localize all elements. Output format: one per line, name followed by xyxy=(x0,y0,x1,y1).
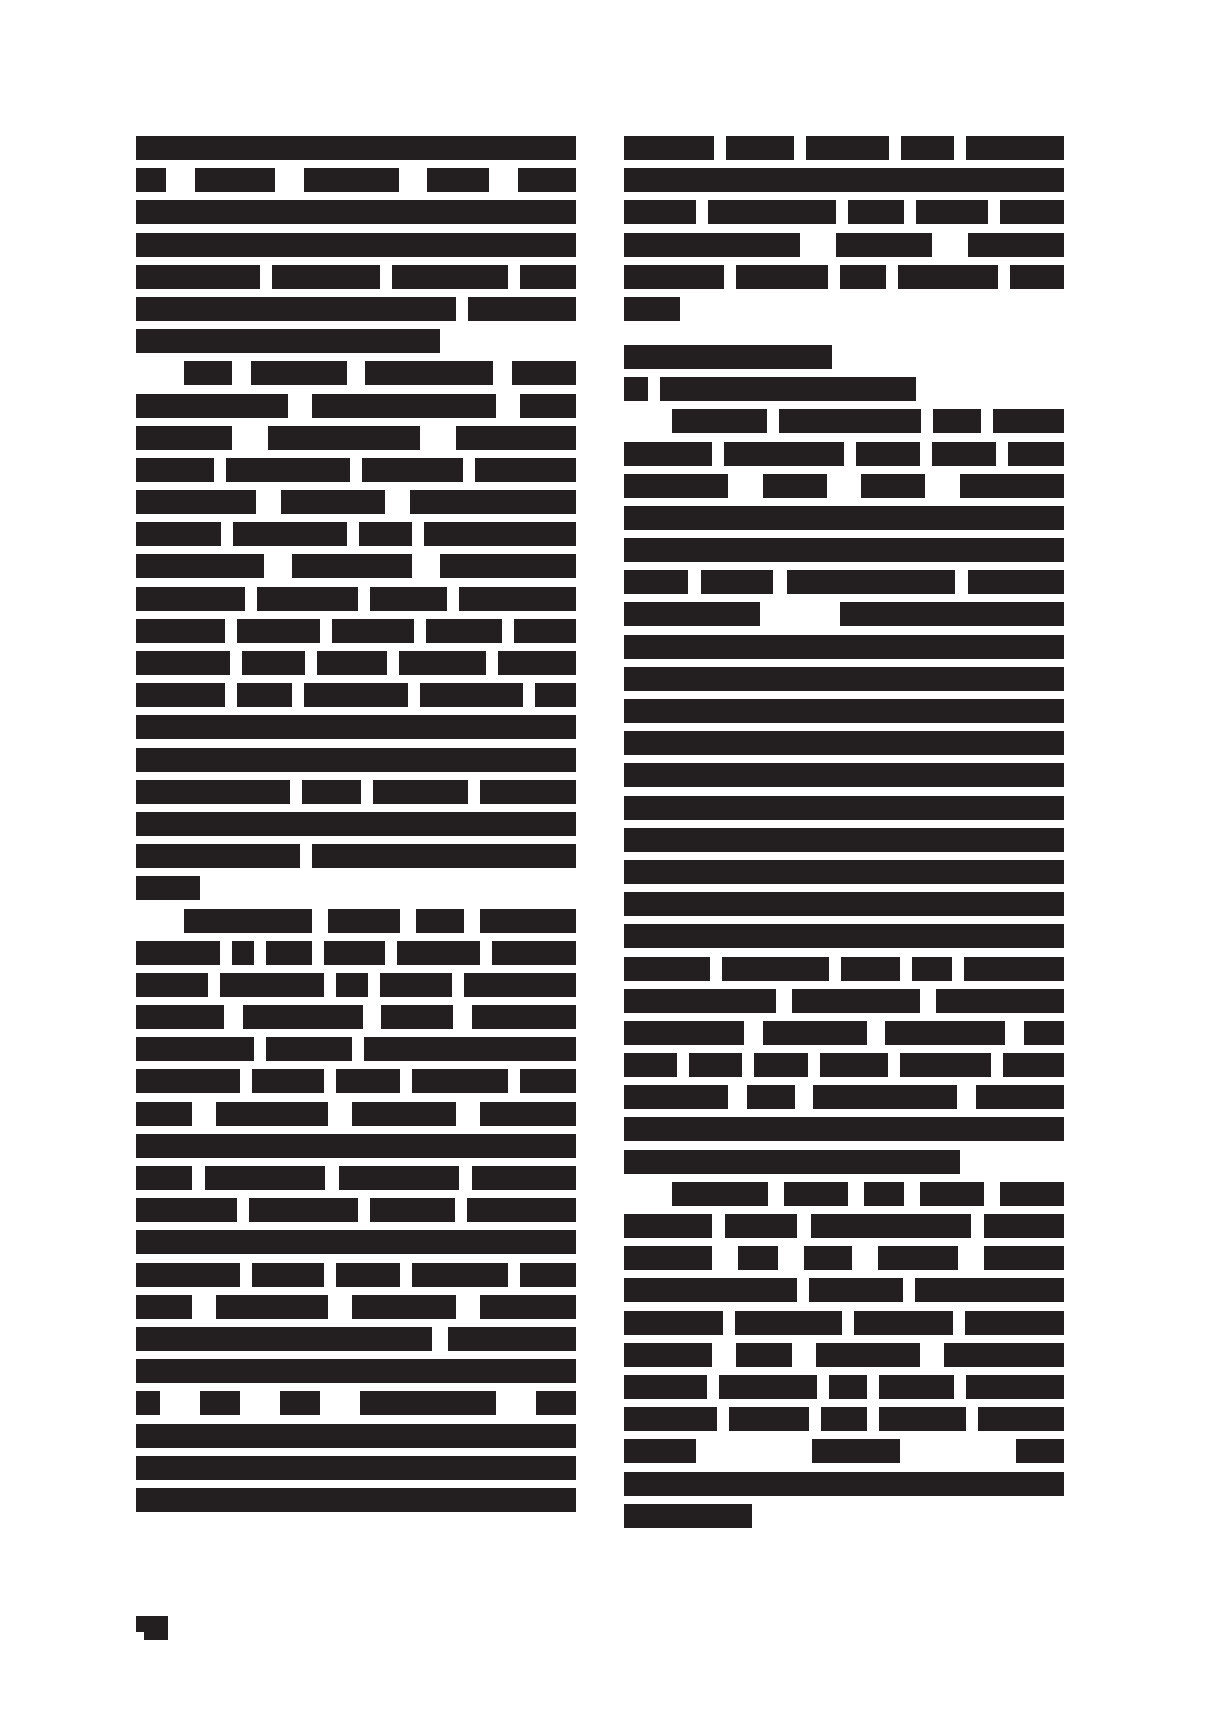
redacted-word xyxy=(520,265,576,289)
redacted-word xyxy=(184,909,312,933)
redacted-word xyxy=(836,233,932,257)
text-line xyxy=(136,522,576,546)
redacted-word xyxy=(136,651,230,675)
redacted-word xyxy=(792,989,920,1013)
text-line xyxy=(624,924,1064,948)
text-line xyxy=(136,1166,576,1190)
page-number xyxy=(136,1616,168,1640)
text-line xyxy=(624,168,1064,192)
redacted-word xyxy=(624,474,728,498)
redacted-word xyxy=(324,941,385,965)
text-line xyxy=(136,844,576,868)
text-line xyxy=(136,587,576,611)
redacted-word xyxy=(427,168,489,192)
redacted-word xyxy=(624,1278,797,1302)
redacted-word xyxy=(136,1327,432,1351)
redacted-word xyxy=(312,394,496,418)
redacted-word xyxy=(136,683,225,707)
redacted-word xyxy=(412,1069,508,1093)
redacted-word xyxy=(624,763,1064,787)
redacted-word xyxy=(624,699,1064,723)
redacted-word xyxy=(912,957,952,981)
redacted-word xyxy=(512,361,576,385)
redacted-word xyxy=(136,522,221,546)
redacted-word xyxy=(735,1311,842,1335)
redacted-word xyxy=(424,522,576,546)
redacted-word xyxy=(237,619,320,643)
redacted-word xyxy=(136,168,166,192)
text-line xyxy=(136,683,576,707)
redacted-word xyxy=(624,377,648,401)
text-line xyxy=(136,1359,576,1383)
redacted-word xyxy=(965,1311,1064,1335)
redacted-word xyxy=(976,1085,1064,1109)
redacted-word xyxy=(280,1391,320,1415)
redacted-word xyxy=(136,780,290,804)
text-line xyxy=(624,1504,1064,1528)
redacted-word xyxy=(136,1005,224,1029)
text-line xyxy=(136,1456,576,1480)
redacted-word xyxy=(136,1263,240,1287)
redacted-word xyxy=(136,1230,576,1254)
redacted-word xyxy=(984,1214,1064,1238)
redacted-word xyxy=(719,1375,817,1399)
text-line xyxy=(136,876,576,900)
redacted-word xyxy=(624,1150,960,1174)
redacted-word xyxy=(898,265,998,289)
redacted-word xyxy=(624,506,1064,530)
redacted-word xyxy=(736,1343,792,1367)
redacted-word xyxy=(136,297,456,321)
redacted-word xyxy=(336,973,368,997)
text-line xyxy=(136,812,576,836)
redacted-word xyxy=(480,909,576,933)
redacted-word xyxy=(624,602,760,626)
text-line xyxy=(136,1005,576,1029)
redacted-word xyxy=(317,651,388,675)
text-line xyxy=(136,1327,576,1351)
text-line xyxy=(136,1230,576,1254)
redacted-word xyxy=(136,458,214,482)
redacted-word xyxy=(624,796,1064,820)
redacted-word xyxy=(624,136,714,160)
redacted-word xyxy=(878,1246,958,1270)
redacted-word xyxy=(624,828,1064,852)
text-line xyxy=(624,1117,1064,1141)
redacted-word xyxy=(362,458,463,482)
text-line xyxy=(624,860,1064,884)
redacted-word xyxy=(136,1488,576,1512)
text-line xyxy=(624,796,1064,820)
redacted-word xyxy=(840,602,1064,626)
text-line xyxy=(136,490,576,514)
text-line xyxy=(624,1150,1064,1174)
redacted-word xyxy=(900,1053,991,1077)
text-line xyxy=(624,1375,1064,1399)
redacted-word xyxy=(136,490,256,514)
text-line xyxy=(136,426,576,450)
redacted-word xyxy=(854,1311,953,1335)
text-line xyxy=(624,1472,1064,1496)
redacted-word xyxy=(916,200,988,224)
redacted-word xyxy=(1000,1182,1064,1206)
redacted-word xyxy=(380,973,452,997)
redacted-word xyxy=(624,1407,717,1431)
redacted-word xyxy=(251,361,347,385)
redacted-word xyxy=(624,731,1064,755)
text-line xyxy=(136,1391,576,1415)
redacted-word xyxy=(624,635,1064,659)
redacted-word xyxy=(520,1263,576,1287)
redacted-word xyxy=(136,1391,160,1415)
redacted-word xyxy=(412,1263,508,1287)
redacted-word xyxy=(136,233,576,257)
redacted-word xyxy=(960,474,1064,498)
redacted-word xyxy=(292,554,412,578)
redacted-word xyxy=(252,1069,324,1093)
redacted-word xyxy=(933,409,980,433)
redacted-word xyxy=(266,1037,352,1061)
redacted-word xyxy=(518,168,576,192)
redacted-word xyxy=(472,1166,576,1190)
redacted-word xyxy=(978,1407,1064,1431)
redacted-word xyxy=(624,345,832,369)
redacted-word xyxy=(136,941,220,965)
text-line xyxy=(136,1295,576,1319)
text-line xyxy=(136,200,576,224)
text-line xyxy=(136,973,576,997)
redacted-word xyxy=(136,748,576,772)
redacted-word xyxy=(136,1295,192,1319)
redacted-word xyxy=(536,1391,576,1415)
redacted-word xyxy=(624,667,1064,691)
redacted-word xyxy=(624,297,680,321)
redacted-word xyxy=(136,394,288,418)
text-line xyxy=(136,1198,576,1222)
redacted-word xyxy=(672,1182,768,1206)
text-line xyxy=(136,619,576,643)
redacted-word xyxy=(370,1198,455,1222)
redacted-word xyxy=(932,442,996,466)
redacted-word xyxy=(848,200,904,224)
text-line xyxy=(624,1246,1064,1270)
text-line xyxy=(136,909,576,933)
redacted-word xyxy=(257,587,358,611)
text-line xyxy=(136,233,576,257)
redacted-word xyxy=(993,409,1064,433)
redacted-word xyxy=(879,1407,965,1431)
redacted-word xyxy=(216,1102,328,1126)
text-line xyxy=(624,989,1064,1013)
redacted-word xyxy=(624,168,1064,192)
text-line xyxy=(624,538,1064,562)
text-line xyxy=(136,1134,576,1158)
redacted-word xyxy=(738,1246,778,1270)
redacted-word xyxy=(336,1069,400,1093)
redacted-word xyxy=(268,426,420,450)
text-line xyxy=(624,1214,1064,1238)
redacted-word xyxy=(821,1407,868,1431)
redacted-word xyxy=(724,442,844,466)
text-line xyxy=(624,828,1064,852)
redacted-word xyxy=(624,233,800,257)
redacted-word xyxy=(861,474,925,498)
redacted-word xyxy=(1008,442,1064,466)
text-line xyxy=(624,1085,1064,1109)
redacted-word xyxy=(811,1214,971,1238)
redacted-word xyxy=(624,1021,744,1045)
redacted-word xyxy=(136,426,232,450)
text-line xyxy=(624,667,1064,691)
redacted-word xyxy=(1016,1439,1064,1463)
redacted-word xyxy=(763,474,827,498)
redacted-word xyxy=(136,1359,576,1383)
redacted-word xyxy=(370,587,448,611)
redacted-word xyxy=(498,651,576,675)
redacted-word xyxy=(624,1472,1064,1496)
redacted-word xyxy=(364,1037,576,1061)
redacted-word xyxy=(136,265,260,289)
redacted-word xyxy=(624,570,688,594)
redacted-word xyxy=(397,941,481,965)
redacted-word xyxy=(763,1021,867,1045)
redacted-word xyxy=(624,957,710,981)
redacted-word xyxy=(332,619,415,643)
redacted-word xyxy=(232,941,255,965)
redacted-word xyxy=(281,490,385,514)
redacted-word xyxy=(624,1214,712,1238)
redacted-word xyxy=(879,1375,954,1399)
redacted-word xyxy=(381,1005,453,1029)
redacted-word xyxy=(984,1246,1064,1270)
text-line xyxy=(624,570,1064,594)
section-heading-line xyxy=(624,345,1064,369)
redacted-word xyxy=(535,683,576,707)
redacted-word xyxy=(624,200,696,224)
text-line xyxy=(624,1021,1064,1045)
redacted-word xyxy=(459,587,576,611)
text-line xyxy=(136,1102,576,1126)
redacted-word xyxy=(136,1456,576,1480)
text-line xyxy=(624,297,1064,321)
redacted-word xyxy=(660,377,916,401)
redacted-word xyxy=(392,265,508,289)
redacted-word xyxy=(1010,265,1064,289)
redacted-word xyxy=(136,1102,192,1126)
redacted-word xyxy=(200,1391,240,1415)
text-line xyxy=(136,554,576,578)
text-line xyxy=(624,200,1064,224)
text-line xyxy=(624,1311,1064,1335)
redacted-word xyxy=(624,860,1064,884)
redacted-word xyxy=(813,1085,957,1109)
redacted-word xyxy=(966,1375,1064,1399)
redacted-word xyxy=(784,1182,848,1206)
redacted-word xyxy=(779,409,921,433)
redacted-word xyxy=(399,651,485,675)
redacted-word xyxy=(624,1117,1064,1141)
text-line xyxy=(136,651,576,675)
redacted-word xyxy=(966,136,1064,160)
text-line xyxy=(624,265,1064,289)
redacted-word xyxy=(136,1166,192,1190)
text-line xyxy=(624,474,1064,498)
text-line xyxy=(136,168,576,192)
text-line xyxy=(624,602,1064,626)
redacted-word xyxy=(252,1263,324,1287)
redacted-word xyxy=(136,1037,254,1061)
redacted-word xyxy=(467,1198,576,1222)
redacted-word xyxy=(426,619,502,643)
redacted-word xyxy=(242,651,305,675)
redacted-word xyxy=(624,1085,728,1109)
redacted-word xyxy=(456,426,576,450)
redacted-word xyxy=(1024,1021,1064,1045)
redacted-word xyxy=(672,409,767,433)
redacted-word xyxy=(936,989,1064,1013)
redacted-word xyxy=(840,265,886,289)
redacted-word xyxy=(885,1021,1005,1045)
redacted-word xyxy=(448,1327,576,1351)
text-line xyxy=(136,715,576,739)
redacted-word xyxy=(708,200,836,224)
redacted-word xyxy=(136,1134,576,1158)
redacted-word xyxy=(136,136,576,160)
redacted-word xyxy=(339,1166,459,1190)
redacted-word xyxy=(820,1053,888,1077)
text-line xyxy=(136,361,576,385)
redacted-word xyxy=(968,570,1064,594)
text-line xyxy=(624,1278,1064,1302)
text-line xyxy=(624,1439,1064,1463)
redacted-word xyxy=(226,458,350,482)
redacted-word xyxy=(812,1439,900,1463)
redacted-word xyxy=(249,1198,358,1222)
redacted-word xyxy=(520,1069,576,1093)
redacted-word xyxy=(624,265,724,289)
redacted-word xyxy=(725,1214,797,1238)
text-line xyxy=(624,1343,1064,1367)
redacted-word xyxy=(237,683,292,707)
redacted-word xyxy=(480,1295,576,1319)
text-line xyxy=(624,699,1064,723)
redacted-word xyxy=(856,442,920,466)
text-line xyxy=(136,1037,576,1061)
redacted-word xyxy=(787,570,955,594)
redacted-word xyxy=(136,1198,237,1222)
redacted-word xyxy=(373,780,468,804)
redacted-word xyxy=(304,683,407,707)
redacted-word xyxy=(1000,200,1064,224)
redacted-word xyxy=(480,1102,576,1126)
redacted-word xyxy=(468,297,576,321)
redacted-word xyxy=(816,1343,920,1367)
redacted-word xyxy=(136,1069,240,1093)
text-line xyxy=(624,731,1064,755)
redacted-word xyxy=(920,1182,984,1206)
redacted-word xyxy=(624,1375,707,1399)
redacted-word xyxy=(136,715,576,739)
redacted-word xyxy=(352,1102,456,1126)
redacted-word xyxy=(136,1424,576,1448)
text-line xyxy=(136,394,576,418)
redacted-word xyxy=(624,1504,752,1528)
text-line xyxy=(136,748,576,772)
redacted-word xyxy=(136,329,440,353)
redacted-word xyxy=(624,538,1064,562)
redacted-word xyxy=(195,168,275,192)
redacted-word xyxy=(328,909,400,933)
text-line xyxy=(624,233,1064,257)
redacted-word xyxy=(520,394,576,418)
redacted-word xyxy=(806,136,889,160)
redacted-word xyxy=(701,570,773,594)
text-line xyxy=(624,442,1064,466)
redacted-word xyxy=(624,892,1064,916)
text-line xyxy=(136,136,576,160)
right-column xyxy=(624,136,1064,1536)
text-line xyxy=(624,763,1064,787)
redacted-word xyxy=(475,458,576,482)
redacted-word xyxy=(365,361,493,385)
redacted-word xyxy=(205,1166,325,1190)
redacted-word xyxy=(220,973,324,997)
redacted-word xyxy=(964,957,1064,981)
redacted-word xyxy=(410,490,576,514)
redacted-word xyxy=(136,844,300,868)
redacted-word xyxy=(272,265,380,289)
redacted-word xyxy=(829,1375,867,1399)
redacted-word xyxy=(722,957,828,981)
redacted-word xyxy=(736,265,828,289)
redacted-word xyxy=(624,442,712,466)
redacted-word xyxy=(136,554,264,578)
document-page xyxy=(0,0,1212,1713)
text-line xyxy=(136,329,576,353)
redacted-word xyxy=(968,233,1064,257)
redacted-word xyxy=(624,1311,723,1335)
redacted-word xyxy=(352,1295,456,1319)
redacted-word xyxy=(514,619,576,643)
redacted-word xyxy=(312,844,576,868)
redacted-word xyxy=(624,1053,677,1077)
redacted-word xyxy=(915,1278,1064,1302)
redacted-word xyxy=(233,522,347,546)
text-line xyxy=(136,1069,576,1093)
text-line xyxy=(136,1263,576,1287)
redacted-word xyxy=(472,1005,576,1029)
redacted-word xyxy=(729,1407,809,1431)
redacted-word xyxy=(440,554,576,578)
left-column xyxy=(136,136,576,1520)
section-heading-line xyxy=(624,377,1064,401)
redacted-word xyxy=(804,1246,852,1270)
text-line xyxy=(624,1182,1064,1206)
text-line xyxy=(136,265,576,289)
redacted-word xyxy=(726,136,794,160)
redacted-word xyxy=(624,1246,712,1270)
redacted-word xyxy=(360,1391,496,1415)
redacted-word xyxy=(136,587,245,611)
redacted-word xyxy=(136,973,208,997)
redacted-word xyxy=(243,1005,363,1029)
redacted-word xyxy=(747,1085,795,1109)
text-line xyxy=(624,892,1064,916)
text-line xyxy=(624,1053,1064,1077)
redacted-word xyxy=(136,876,200,900)
redacted-word xyxy=(420,683,523,707)
redacted-word xyxy=(136,200,576,224)
